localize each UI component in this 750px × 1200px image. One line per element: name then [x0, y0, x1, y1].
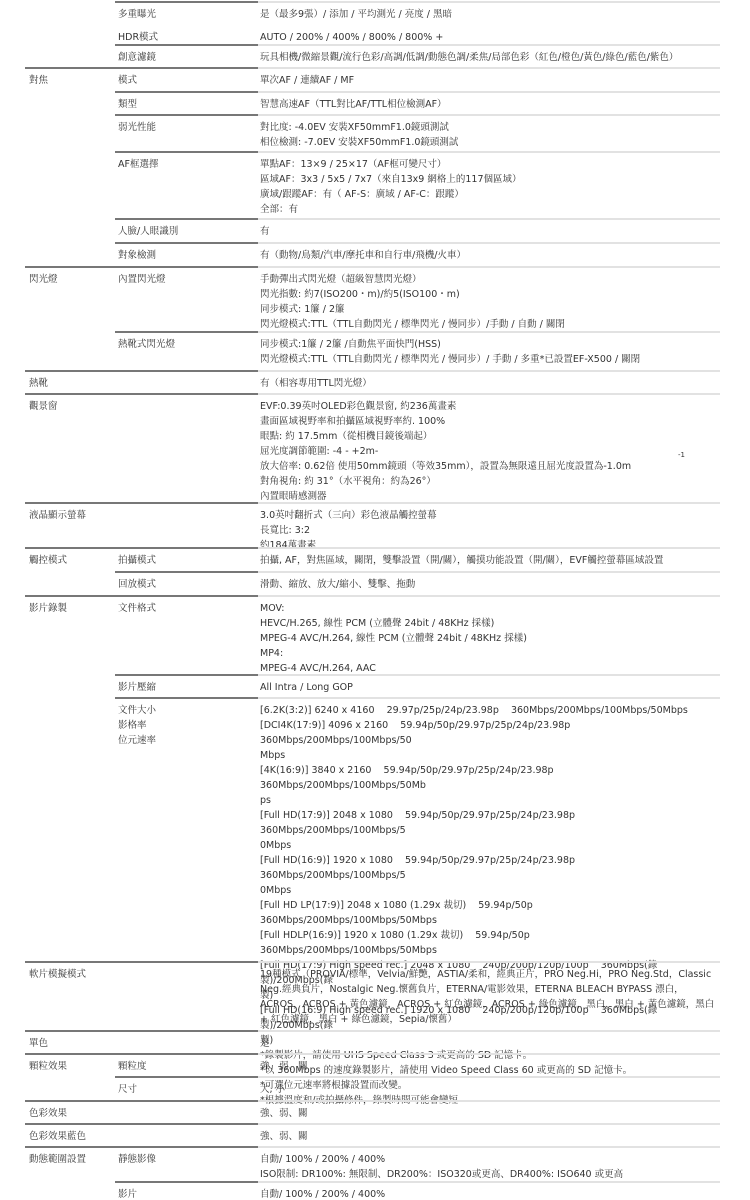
spec-value: 滑動、縮放、放大/縮小、雙擊、拖動: [260, 577, 718, 592]
row-divider-value: [258, 1053, 720, 1055]
row-divider: [115, 242, 258, 244]
row-divider-value: [258, 91, 720, 93]
spec-value: 自動/ 100% / 200% / 400% ISO限制: DR100%: 無限…: [260, 1152, 718, 1182]
row-divider: [115, 114, 258, 116]
spec-subcategory: 內置閃光燈: [118, 272, 253, 287]
spec-value: EVF:0.39英吋OLED彩色觀景窗, 約236萬畫素 畫面區域視野率和拍攝區…: [260, 399, 718, 504]
spec-value: 大, 小: [260, 1082, 718, 1097]
spec-category: 顆粒效果: [29, 1059, 109, 1074]
row-divider-value: [258, 114, 720, 116]
row-divider: [25, 1100, 258, 1102]
row-divider-value: [258, 571, 720, 573]
row-divider: [115, 1181, 258, 1183]
spec-subcategory: 回放模式: [118, 577, 253, 592]
spec-subcategory: 創意濾鏡: [118, 50, 253, 65]
row-divider-value: [258, 697, 720, 699]
spec-category: 影片錄製: [29, 601, 109, 616]
row-divider: [25, 370, 258, 372]
spec-value: 19種模式（PROVIA/標準，Velvia/鮮艷，ASTIA/柔和，經典正片，…: [260, 967, 718, 1027]
row-divider: [25, 1053, 258, 1055]
row-divider: [25, 393, 258, 395]
row-divider: [25, 1146, 258, 1148]
spec-subcategory: 人臉/人眼識別: [118, 224, 253, 239]
spec-value: 對比度: -4.0EV 安裝XF50mmF1.0鏡頭測試 相位檢測: -7.0E…: [260, 120, 718, 150]
row-divider-value: [258, 547, 720, 549]
row-divider-value: [258, 1181, 720, 1183]
row-divider-value: [258, 961, 720, 963]
spec-value: 單點AF：13×9 / 25×17（AF框可變尺寸） 區域AF：3x3 / 5x…: [260, 157, 718, 217]
spec-value: 是（最多9張）/ 添加 / 平均測光 / 亮度 / 黑暗: [260, 7, 718, 22]
spec-value: 手動彈出式閃光燈（超級智慧閃光燈） 閃光指數: 約7(ISO200・m)/約5(…: [260, 272, 718, 332]
row-divider: [25, 1030, 258, 1032]
spec-category: 熱靴: [29, 376, 109, 391]
spec-category: 觸控模式: [29, 553, 109, 568]
spec-value: 有（相容專用TTL閃光燈）: [260, 376, 718, 391]
spec-category: 色彩效果: [29, 1106, 109, 1121]
spec-category: 單色: [29, 1036, 109, 1051]
row-divider: [25, 1123, 258, 1125]
row-divider-value: [258, 151, 720, 153]
row-divider: [115, 1, 258, 3]
row-divider-value: [258, 242, 720, 244]
spec-value: 有: [260, 224, 718, 239]
row-divider: [25, 547, 258, 549]
row-divider-value: [258, 674, 720, 676]
spec-value: 同步模式:1簾 / 2簾 /自動焦平面快門(HSS) 閃光燈模式:TTL（TTL…: [260, 337, 718, 367]
row-divider-value: [258, 393, 720, 395]
row-divider: [115, 151, 258, 153]
row-divider: [115, 91, 258, 93]
row-divider-value: [258, 1123, 720, 1125]
superscript-exponent: -1: [678, 448, 685, 463]
spec-category: 軟片模擬模式: [29, 967, 109, 982]
row-divider-value: [258, 1030, 720, 1032]
spec-value: 玩具相機/微縮景觀/流行色彩/高調/低調/動態色調/柔焦/局部色彩（紅色/橙色/…: [260, 50, 718, 65]
spec-subcategory: AF框選擇: [118, 157, 253, 172]
spec-category: 閃光燈: [29, 272, 109, 287]
row-divider: [25, 502, 258, 504]
spec-subcategory: 模式: [118, 73, 253, 88]
row-divider-value: [258, 1100, 720, 1102]
spec-subcategory: 靜態影像: [118, 1152, 253, 1167]
row-divider-value: [258, 595, 720, 597]
spec-category: 對焦: [29, 73, 109, 88]
spec-value: 有（動物/鳥類/汽車/摩托車和自行車/飛機/火車）: [260, 248, 718, 263]
spec-value: 是: [260, 1036, 718, 1051]
spec-subcategory: 多重曝光: [118, 7, 253, 22]
row-divider: [115, 218, 258, 220]
spec-subcategory: 類型: [118, 97, 253, 112]
row-divider-value: [258, 1, 720, 3]
spec-category: 動態範圍設置: [29, 1152, 109, 1167]
spec-value: MOV: HEVC/H.265, 線性 PCM (立體聲 24bit / 48K…: [260, 601, 718, 676]
spec-value: 強、弱、關: [260, 1106, 718, 1121]
spec-subcategory: 影片: [118, 1187, 253, 1200]
row-divider: [25, 961, 258, 963]
row-divider-value: [258, 1076, 720, 1078]
spec-subcategory: 尺寸: [118, 1082, 253, 1097]
row-divider-value: [258, 370, 720, 372]
spec-category: 色彩效果藍色: [29, 1129, 109, 1144]
spec-category: 液晶顯示螢幕: [29, 508, 109, 523]
spec-subcategory: 拍攝模式: [118, 553, 253, 568]
spec-value: 自動/ 100% / 200% / 400%: [260, 1187, 718, 1200]
row-divider: [115, 674, 258, 676]
spec-value: AUTO / 200% / 400% / 800% / 800% +: [260, 30, 718, 45]
spec-subcategory: 文件大小 影格率 位元速率: [118, 703, 253, 748]
spec-subcategory: 熱靴式閃光燈: [118, 337, 253, 352]
spec-value: 強、弱、關: [260, 1129, 718, 1144]
row-divider: [115, 1076, 258, 1078]
spec-category: 觀景窗: [29, 399, 109, 414]
spec-value: 強、弱、關: [260, 1059, 718, 1074]
row-divider: [25, 266, 258, 268]
spec-subcategory: 顆粒度: [118, 1059, 253, 1074]
spec-subcategory: 對象檢測: [118, 248, 253, 263]
row-divider: [115, 571, 258, 573]
spec-subcategory: 文件格式: [118, 601, 253, 616]
spec-subcategory: 弱光性能: [118, 120, 253, 135]
row-divider: [25, 595, 258, 597]
row-divider: [115, 697, 258, 699]
row-divider-value: [258, 1146, 720, 1148]
row-divider-value: [258, 502, 720, 504]
row-divider: [115, 331, 258, 333]
row-divider-value: [258, 218, 720, 220]
spec-value: 單次AF / 連續AF / MF: [260, 73, 718, 88]
row-divider-value: [258, 266, 720, 268]
row-divider: [115, 44, 258, 46]
row-divider-value: [258, 67, 720, 69]
spec-subcategory: 影片壓縮: [118, 680, 253, 695]
spec-subcategory: HDR模式: [118, 30, 253, 45]
spec-value: 拍攝, AF，對焦區域，關閉，雙擊設置（開/關），觸摸功能設置（開/關），EVF…: [260, 553, 718, 568]
row-divider: [25, 67, 258, 69]
row-divider-value: [258, 44, 720, 46]
spec-value: 智慧高速AF（TTL對比AF/TTL相位檢測AF）: [260, 97, 718, 112]
row-divider-value: [258, 331, 720, 333]
spec-value: All Intra / Long GOP: [260, 680, 718, 695]
